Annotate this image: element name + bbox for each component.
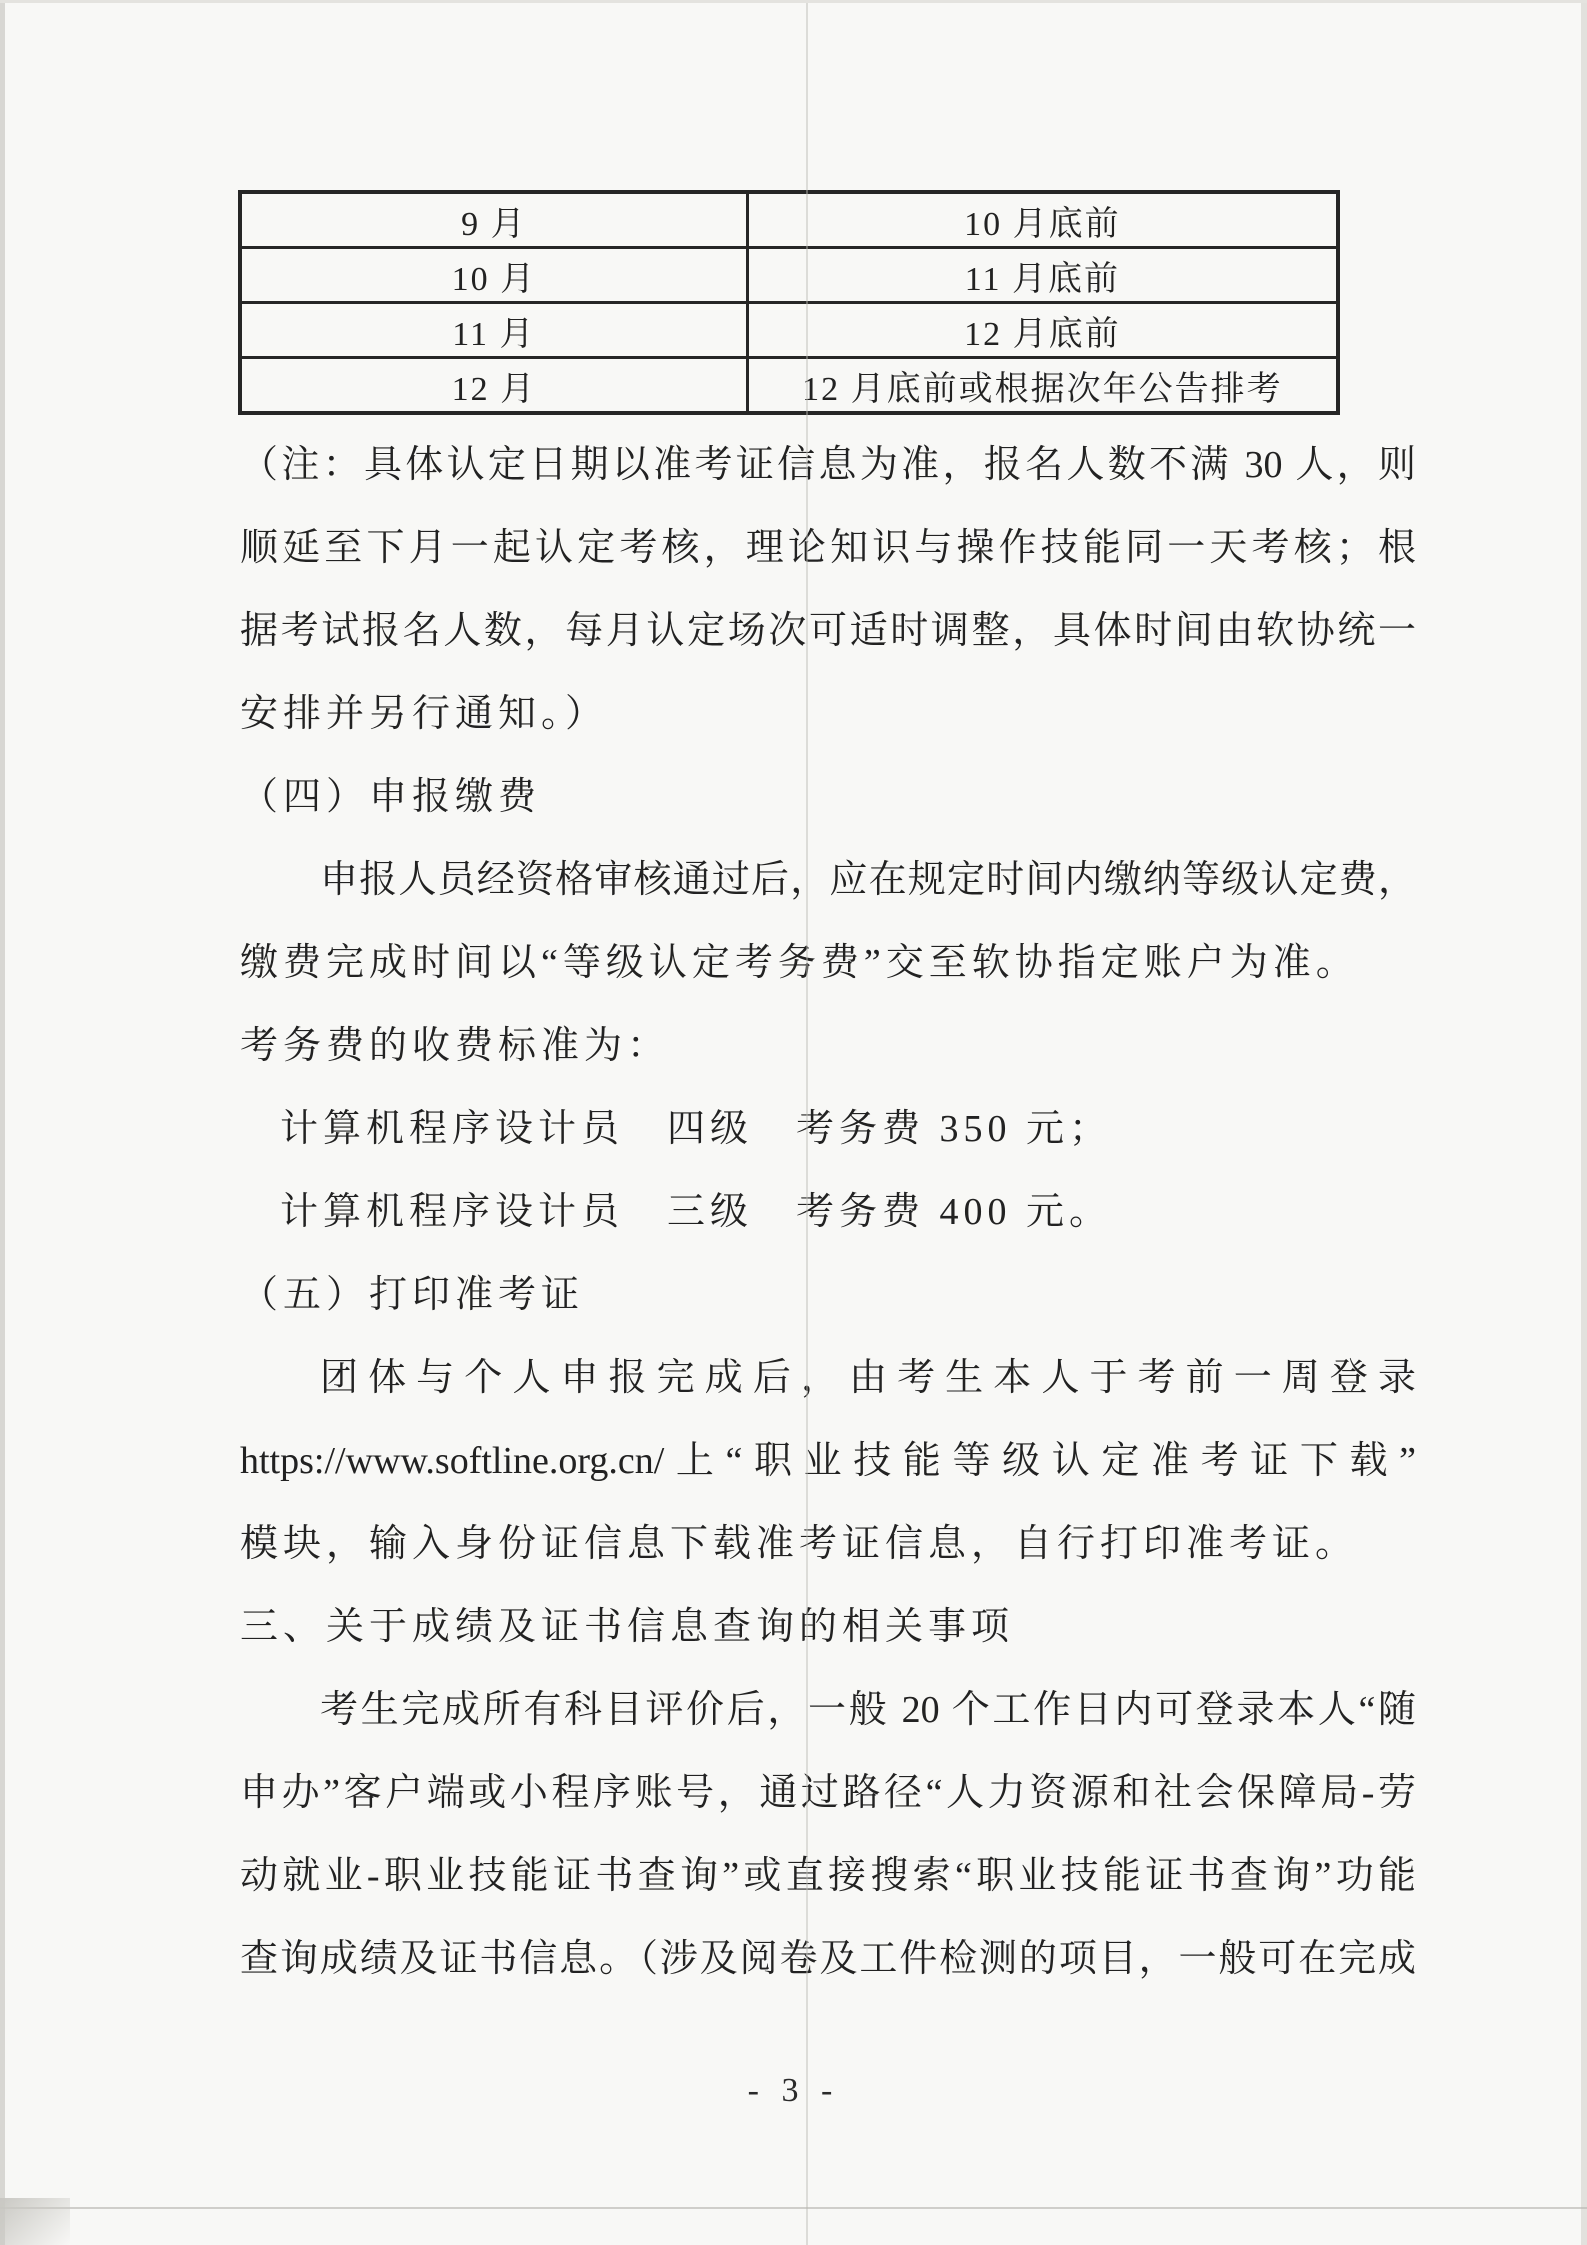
cell-month: 12 月 (240, 358, 747, 414)
fee-line: 计算机程序设计员 四级 考务费 350 元； (240, 1088, 1416, 1171)
cell-deadline: 12 月底前 (747, 303, 1338, 358)
scan-edge-top (0, 0, 1587, 3)
table-row: 12 月 12 月底前或根据次年公告排考 (240, 358, 1338, 414)
body-line: 考务费的收费标准为： (240, 1005, 1416, 1088)
scan-fold-line (806, 0, 808, 2245)
cell-deadline: 12 月底前或根据次年公告排考 (747, 358, 1338, 414)
body-text: （注：具体认定日期以准考证信息为准，报名人数不满 30 人，则 顺延至下月一起认… (240, 424, 1416, 2001)
note-line: 据考试报名人数，每月认定场次可适时调整，具体时间由软协统一 (240, 590, 1416, 673)
section-four-heading: （四）申报缴费 (240, 756, 1416, 839)
fee-line: 计算机程序设计员 三级 考务费 400 元。 (240, 1171, 1416, 1254)
body-line: 团体与个人申报完成后，由考生本人于考前一周登录 (240, 1337, 1416, 1420)
scan-edge-left (0, 0, 5, 2245)
section-three-heading: 三、关于成绩及证书信息查询的相关事项 (240, 1586, 1416, 1669)
cell-month: 11 月 (240, 303, 747, 358)
note-line: 安排并另行通知。） (240, 673, 1416, 756)
cell-deadline: 10 月底前 (747, 192, 1338, 248)
body-line: 申报人员经资格审核通过后，应在规定时间内缴纳等级认定费， (240, 839, 1416, 922)
body-line: 动就业-职业技能证书查询”或直接搜索“职业技能证书查询”功能 (240, 1835, 1416, 1918)
cell-month: 9 月 (240, 192, 747, 248)
exam-schedule-table: 9 月 10 月底前 10 月 11 月底前 11 月 12 月底前 12 月 … (238, 190, 1340, 415)
table-row: 11 月 12 月底前 (240, 303, 1338, 358)
scan-edge-right (1581, 0, 1587, 2245)
scan-edge-bottom-smudge (0, 2198, 70, 2245)
body-line: 模块，输入身份证信息下载准考证信息，自行打印准考证。 (240, 1503, 1416, 1586)
scan-edge-bottom-line (0, 2207, 1587, 2209)
body-line: 查询成绩及证书信息。（涉及阅卷及工件检测的项目，一般可在完成 (240, 1918, 1416, 2001)
note-line: 顺延至下月一起认定考核，理论知识与操作技能同一天考核；根 (240, 507, 1416, 590)
table-row: 9 月 10 月底前 (240, 192, 1338, 248)
document-page: 9 月 10 月底前 10 月 11 月底前 11 月 12 月底前 12 月 … (0, 0, 1587, 2245)
page-number: - 3 - (0, 2072, 1587, 2110)
body-line-url: https://www.softline.org.cn/上“职业技能等级认定准考… (240, 1420, 1416, 1503)
body-line: 缴费完成时间以“等级认定考务费”交至软协指定账户为准。 (240, 922, 1416, 1005)
cell-deadline: 11 月底前 (747, 248, 1338, 303)
table-row: 10 月 11 月底前 (240, 248, 1338, 303)
body-line: 考生完成所有科目评价后，一般 20 个工作日内可登录本人“随 (240, 1669, 1416, 1752)
note-line: （注：具体认定日期以准考证信息为准，报名人数不满 30 人，则 (240, 424, 1416, 507)
section-five-heading: （五）打印准考证 (240, 1254, 1416, 1337)
cell-month: 10 月 (240, 248, 747, 303)
body-line: 申办”客户端或小程序账号，通过路径“人力资源和社会保障局-劳 (240, 1752, 1416, 1835)
